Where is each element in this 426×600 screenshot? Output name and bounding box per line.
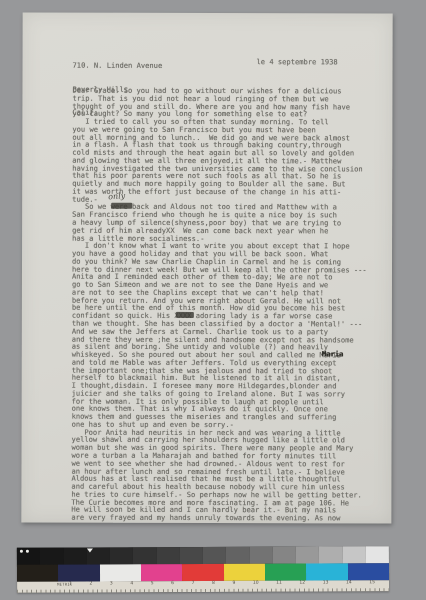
registration-mark: [26, 550, 29, 553]
ruler-label: METRIC: [57, 582, 73, 587]
grayscale-patch: [156, 547, 179, 564]
grayscale-patch: [203, 547, 226, 564]
grayscale-patch: [296, 546, 319, 563]
color-strip: [17, 563, 389, 582]
grayscale-patch: [273, 547, 296, 564]
ruler-strip: METRIC 123456789101112131415: [17, 580, 389, 593]
ruler-number: 15: [369, 580, 375, 586]
color-patch: [265, 564, 306, 581]
ruler-number: 14: [346, 580, 352, 586]
registration-mark: [20, 550, 23, 553]
color-patch: [348, 563, 389, 580]
grayscale-patch: [249, 547, 272, 564]
ruler-number: 3: [110, 581, 113, 587]
ruler-number: 9: [232, 581, 235, 587]
grayscale-patch: [133, 547, 156, 564]
ruler-number: 13: [323, 580, 329, 586]
overtyped-word: Maria: [322, 349, 343, 358]
handwritten-correction: only: [108, 191, 126, 201]
ruler-number: 7: [192, 581, 195, 587]
ruler-numbers: 123456789101112131415: [17, 580, 389, 588]
ruler-number: 12: [299, 581, 305, 587]
overstrike-mark: [111, 203, 132, 209]
letter-body-text: Dear Grace. So you had to go without our…: [71, 87, 367, 523]
color-patch: [224, 564, 265, 581]
ruler-number: 8: [212, 581, 215, 587]
scanned-letter-photograph: { "scene": { "background_color": "#97989…: [0, 0, 426, 600]
grayscale-strip: [17, 546, 389, 565]
color-patch: [306, 563, 347, 580]
grayscale-patch: [180, 547, 203, 564]
color-patch: [100, 564, 141, 581]
color-patch: [141, 564, 182, 581]
letter-sheet: 710. N. Linden Avenue Beverly Hills Cali…: [21, 13, 392, 524]
registration-mark: [87, 548, 93, 552]
grayscale-patch: [366, 546, 389, 563]
ruler-number: 6: [171, 581, 174, 587]
ruler-number: 5: [151, 581, 154, 587]
grayscale-patch: [226, 547, 249, 564]
date-line: le 4 septembre 1938: [257, 57, 338, 66]
grayscale-patch: [110, 547, 133, 564]
color-patch: [17, 565, 58, 582]
address-line-1: 710. N. Linden Avenue: [73, 61, 163, 69]
grayscale-patch: [342, 546, 365, 563]
overstrike-mark: [176, 312, 194, 318]
ruler-number: 10: [253, 581, 259, 587]
grayscale-patch: [319, 546, 342, 563]
ruler-number: 11: [276, 581, 282, 587]
grayscale-patch: [63, 548, 86, 565]
grayscale-patch: [40, 548, 63, 565]
color-patch: [182, 564, 223, 581]
ruler-number: 4: [130, 581, 133, 587]
color-patch: [58, 564, 99, 581]
color-calibration-bar: METRIC 123456789101112131415: [17, 546, 389, 593]
ruler-number: 2: [89, 581, 92, 587]
